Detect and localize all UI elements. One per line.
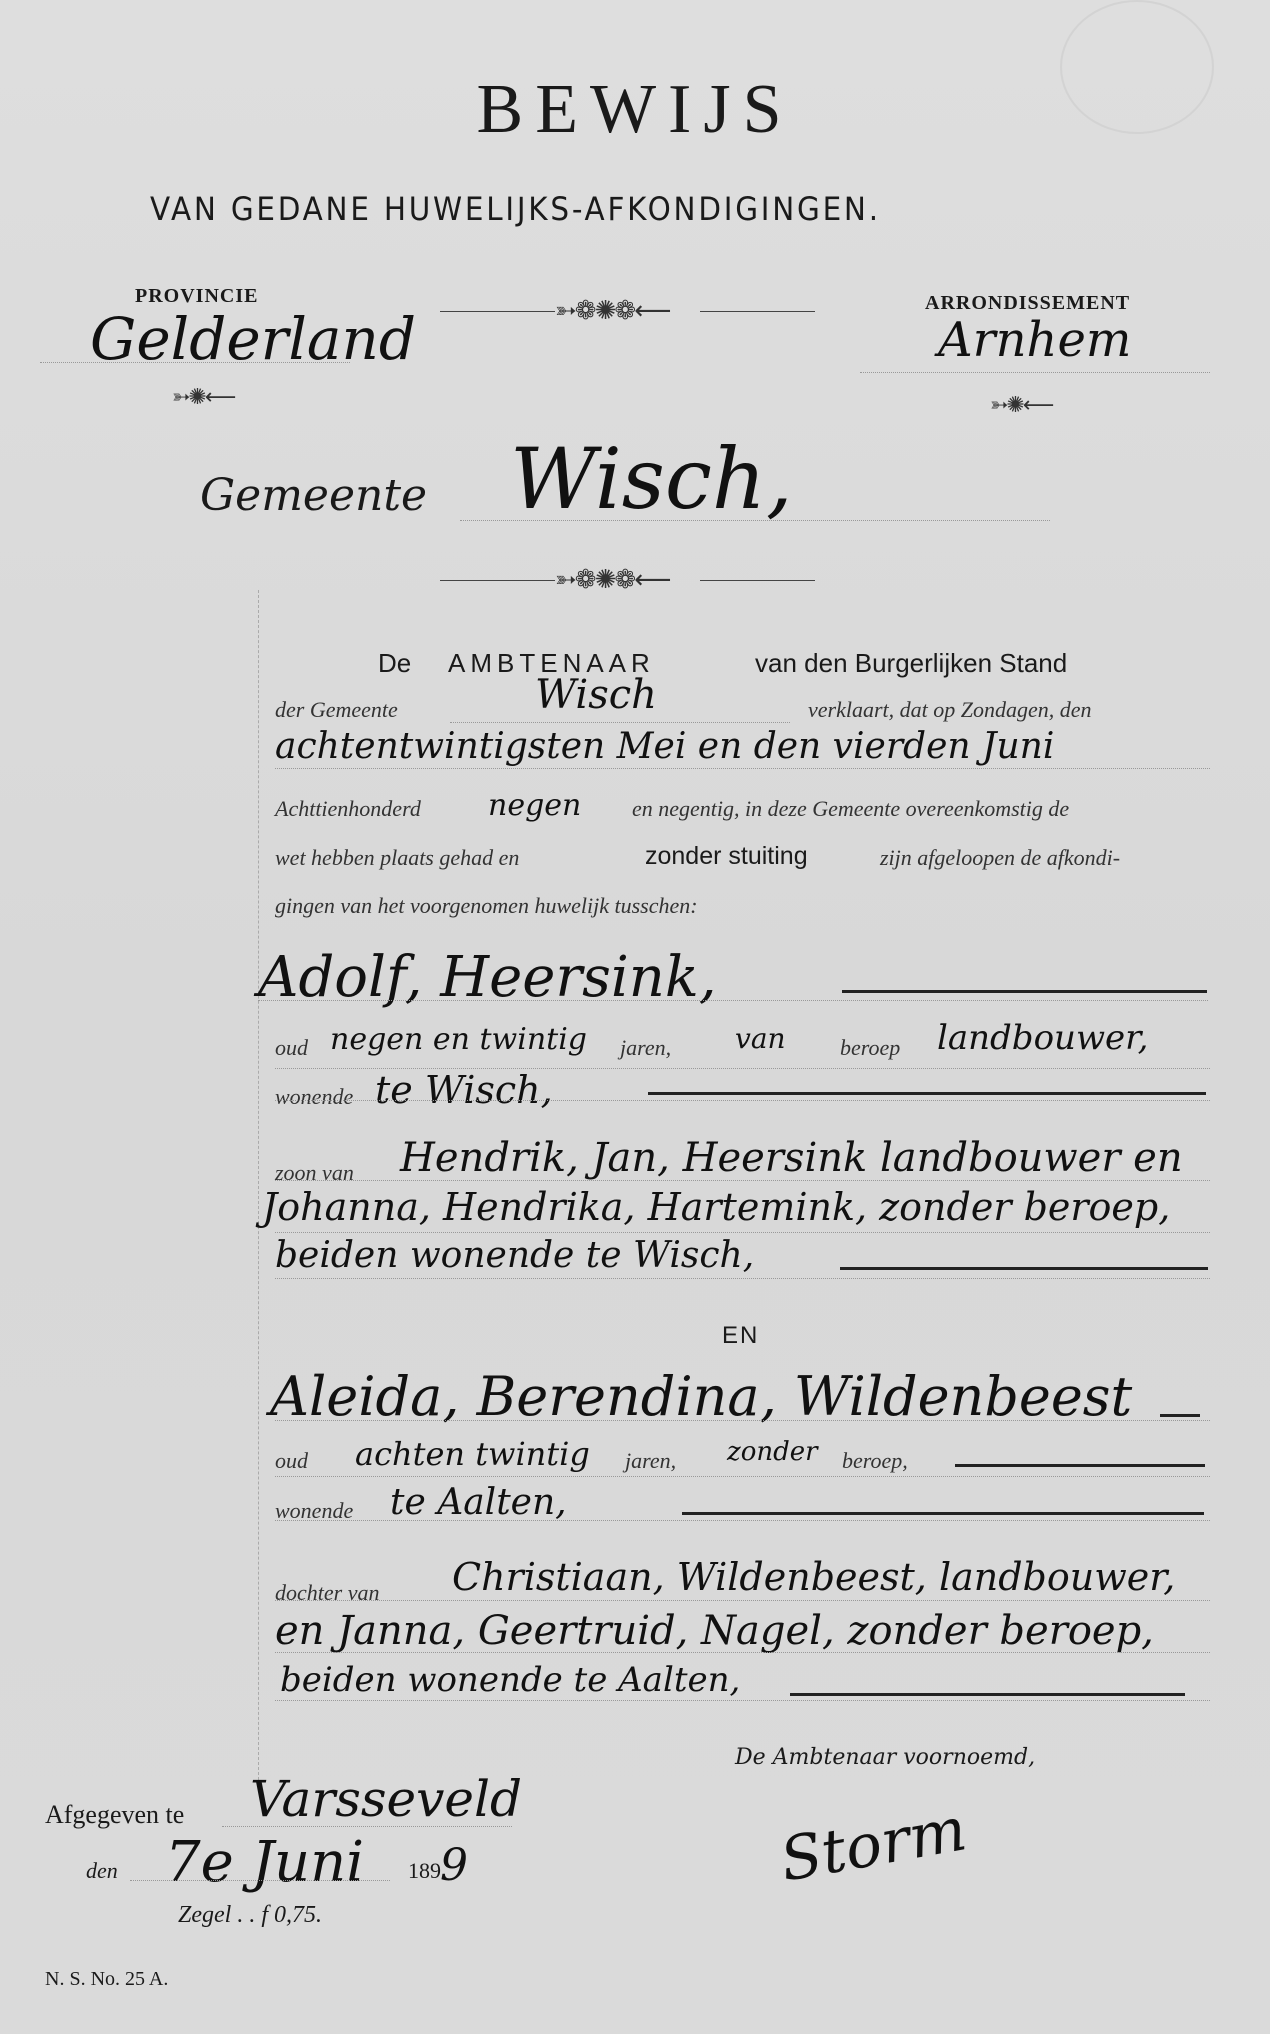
groom-age-value: negen en twintig [330,1022,587,1057]
year-handwritten: 9 [440,1840,468,1891]
provincie-dotline [40,362,350,363]
center-ornament-icon: ➳❁✺❁⟵ [555,565,669,595]
small-ornament-icon: ➳✺⟵ [172,385,234,410]
groom-wonende-dotline [275,1100,1210,1101]
groom-parents-line1: Hendrik, Jan, Heersink landbouwer en [400,1135,1183,1181]
intro-year-value: negen [488,788,581,823]
groom-age-label: oud [275,1035,308,1061]
zegel-fee: Zegel . . f 0,75. [178,1902,322,1929]
gemeente-dotline [450,722,790,723]
groom-beroep-value: landbouwer, [937,1018,1149,1058]
gemeente-label: Gemeente [200,470,427,521]
ornament-rule-left [440,311,555,312]
groom-parents-label: zoon van [275,1160,354,1186]
parents-dotline [275,1180,1210,1181]
intro-year-prefix: Achttienhonderd [275,796,421,822]
bride-age-rule [955,1464,1205,1467]
document-page: BEWIJS VAN GEDANE HUWELIJKS-AFKONDIGINGE… [0,0,1270,2034]
den-dotline [130,1880,390,1881]
intro-line4-rest: en negentig, in deze Gemeente overeenkom… [632,796,1069,822]
ambtenaar-voornoemd-label: De Ambtenaar voornoemd, [735,1745,1035,1770]
groom-van-label: van [735,1022,786,1055]
bride-age-label: oud [275,1448,308,1474]
groom-wonende-rule [648,1092,1206,1095]
center-ornament-icon: ➳❁✺❁⟵ [555,296,669,326]
bride-wonende-value: te Aalten, [390,1482,567,1523]
document-title: BEWIJS [0,70,1270,150]
parents-dotline [275,1600,1210,1601]
en-separator: EN [722,1322,759,1350]
groom-name-rule [842,990,1207,993]
bride-age-value: achten twintig [355,1435,590,1473]
intro-gemeente-value: Wisch [535,672,657,718]
bride-name-dotline [275,1420,1210,1421]
intro-line5-b: zonder stuiting [645,842,808,871]
groom-years-label: jaren, [620,1035,671,1061]
afgegeven-place: Varsseveld [250,1770,522,1828]
afgegeven-dotline [222,1826,512,1827]
intro-line6: gingen van het voorgenomen huwelijk tuss… [275,893,698,919]
arrondissement-dotline [860,372,1210,373]
parents-dotline [275,1278,1210,1279]
bride-parents-line3: beiden wonende te Aalten, [280,1660,740,1700]
margin-line [258,590,259,1780]
bride-parents-label: dochter van [275,1580,379,1606]
gemeente-dotline [460,520,1050,521]
afgegeven-label: Afgegeven te [45,1800,184,1830]
groom-wonende-value: te Wisch, [375,1068,553,1112]
bride-age-dotline [275,1476,1210,1477]
bride-beroep-label: beroep, [842,1448,908,1474]
groom-parents-line2: Johanna, Hendrika, Hartemink, zonder ber… [262,1185,1170,1229]
form-number: N. S. No. 25 A. [45,1968,168,1991]
intro-gemeente-label: der Gemeente [275,697,398,723]
bride-parents-line2: en Janna, Geertruid, Nagel, zonder beroe… [275,1608,1154,1654]
bride-years-label: jaren, [625,1448,676,1474]
dates-dotline [275,768,1210,769]
issue-date: 7e Juni [165,1830,364,1895]
intro-line2-rest: verklaart, dat op Zondagen, den [808,697,1092,723]
den-label: den [86,1858,118,1884]
bride-wonende-rule [682,1512,1204,1515]
bride-name: Aleida, Berendina, Wildenbeest [270,1365,1132,1428]
bride-beroep-value: zonder [727,1437,818,1467]
groom-beroep-label: beroep [840,1035,900,1061]
groom-name-dotline [258,1000,1208,1001]
document-subtitle: VAN GEDANE HUWELIJKS-AFKONDIGINGEN. [150,190,881,228]
year-printed: 189 [408,1858,441,1884]
groom-parents-rule [840,1267,1208,1270]
groom-parents-line3: beiden wonende te Wisch, [275,1235,754,1276]
ornament-rule-right [700,311,815,312]
parents-dotline [275,1652,1210,1653]
parents-dotline [275,1232,1210,1233]
parents-dotline [275,1700,1210,1701]
arrondissement-value: Arnhem [938,312,1131,368]
bride-wonende-dotline [275,1520,1210,1521]
publication-dates: achtentwintigsten Mei en den vierden Jun… [275,726,1054,767]
intro-line1-rest: van den Burgerlijken Stand [755,648,1067,679]
ornament-rule-left [440,580,555,581]
small-ornament-icon: ➳✺⟵ [990,393,1052,418]
bride-name-rule [1160,1414,1200,1417]
intro-line5-c: zijn afgeloopen de afkondi- [880,845,1120,871]
intro-de: De [378,648,411,679]
ornament-rule-right [700,580,815,581]
signature: Storm [775,1794,971,1895]
intro-line5-a: wet hebben plaats gehad en [275,845,519,871]
bride-parents-rule [790,1693,1185,1696]
groom-wonende-label: wonende [275,1084,353,1110]
bride-parents-line1: Christiaan, Wildenbeest, landbouwer, [452,1555,1175,1599]
gemeente-value: Wisch, [510,430,793,528]
